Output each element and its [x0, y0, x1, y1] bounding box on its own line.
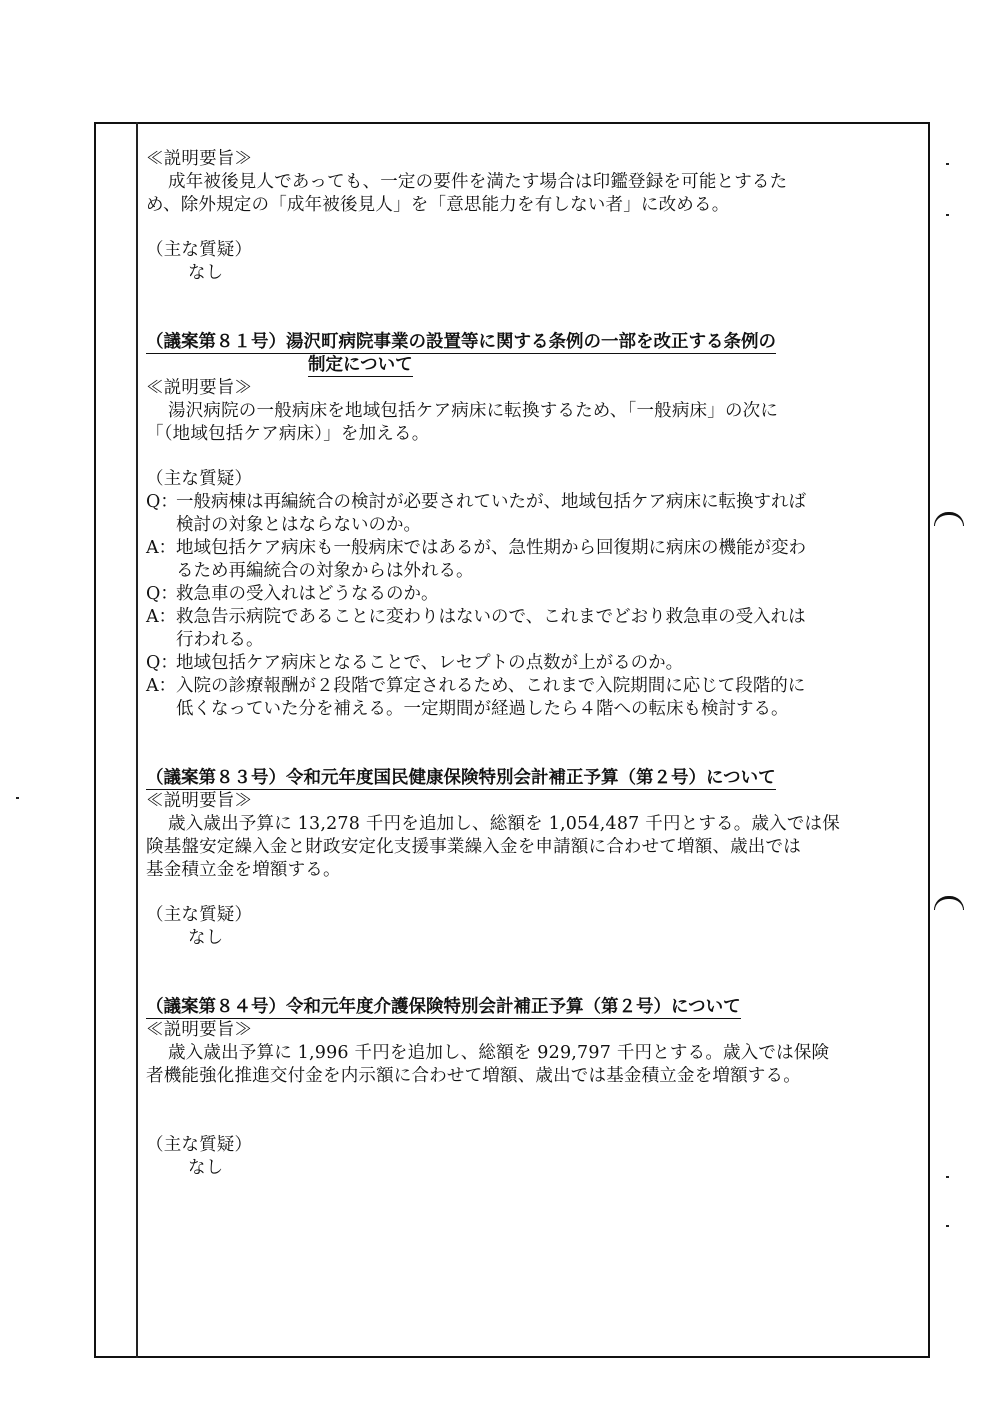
scan-speck	[16, 797, 19, 799]
scan-speck	[946, 214, 949, 216]
qa-item-answer: A： 入院の診療報酬が２段階で算定されるため、これまで入院期間に応じて段階的に低…	[146, 675, 921, 721]
explanation-label: ≪説明要旨≫	[146, 790, 921, 813]
qa-text: 入院の診療報酬が２段階で算定されるため、これまで入院期間に応じて段階的に	[176, 675, 805, 698]
qa-text: 地域包括ケア病床も一般病床ではあるが、急性期から回復期に病床の機能が変わ	[176, 537, 806, 560]
punch-hole-mark	[934, 896, 964, 910]
qa-item-question: Q： 地域包括ケア病床となることで、レセプトの点数が上がるのか。	[146, 652, 921, 675]
explanation-text: 歳入歳出予算に 13,278 千円を追加し、総額を 1,054,487 千円とす…	[146, 813, 921, 836]
qa-text: 検討の対象とはならないのか。	[176, 514, 806, 537]
qa-text: 救急車の受入れはどうなるのか。	[176, 583, 439, 606]
qa-item-answer: A： 地域包括ケア病床も一般病床ではあるが、急性期から回復期に病床の機能が変わる…	[146, 537, 921, 583]
explanation-label: ≪説明要旨≫	[146, 1019, 921, 1042]
qa-none: なし	[146, 262, 921, 285]
qa-label: （主な質疑）	[146, 1134, 921, 1157]
explanation-text: 湯沢病院の一般病床を地域包括ケア病床に転換するため、「一般病床」の次に	[146, 400, 921, 423]
explanation-text: 険基盤安定繰入金と財政安定化支援事業繰入金を申請額に合わせて増額、歳出では	[146, 836, 921, 859]
explanation-label: ≪説明要旨≫	[146, 377, 921, 400]
qa-text: 低くなっていた分を補える。一定期間が経過したら４階への転床も検討する。	[176, 698, 805, 721]
qa-tag: A：	[146, 537, 176, 583]
explanation-text: 「（地域包括ケア病床）」を加える。	[146, 423, 921, 446]
explanation-text: 成年被後見人であっても、一定の要件を満たす場合は印鑑登録を可能とするた	[146, 171, 921, 194]
explanation-text: 基金積立金を増額する。	[146, 859, 921, 882]
explanation-text: め、除外規定の「成年被後見人」を「意思能力を有しない者」に改める。	[146, 194, 921, 217]
qa-label: （主な質疑）	[146, 239, 921, 262]
qa-text: 救急告示病院であることに変わりはないので、これまでどおり救急車の受入れは	[176, 606, 806, 629]
scan-speck	[946, 163, 949, 165]
qa-tag: Q：	[146, 652, 176, 675]
qa-item-question: Q： 救急車の受入れはどうなるのか。	[146, 583, 921, 606]
qa-item-answer: A： 救急告示病院であることに変わりはないので、これまでどおり救急車の受入れは行…	[146, 606, 921, 652]
qa-item-question: Q： 一般病棟は再編統合の検討が必要されていたが、地域包括ケア病床に転換すれば検…	[146, 491, 921, 537]
qa-text: 地域包括ケア病床となることで、レセプトの点数が上がるのか。	[176, 652, 683, 675]
qa-none: なし	[146, 1157, 921, 1180]
qa-text: 行われる。	[176, 629, 806, 652]
qa-tag: A：	[146, 675, 176, 721]
section-title: （議案第８４号）令和元年度介護保険特別会計補正予算（第２号）について	[146, 997, 741, 1019]
section-title: （議案第８１号）湯沢町病院事業の設置等に関する条例の一部を改正する条例の	[146, 332, 776, 354]
section-bill-81: （議案第８１号）湯沢町病院事業の設置等に関する条例の一部を改正する条例の 制定に…	[146, 331, 921, 721]
section-title-continued: 制定について	[308, 355, 413, 377]
section-bill-84: （議案第８４号）令和元年度介護保険特別会計補正予算（第２号）について ≪説明要旨…	[146, 996, 921, 1180]
qa-tag: A：	[146, 606, 176, 652]
scan-speck	[946, 1176, 949, 1178]
document-body: ≪説明要旨≫ 成年被後見人であっても、一定の要件を満たす場合は印鑑登録を可能とす…	[146, 148, 921, 1180]
scan-speck	[946, 1225, 949, 1227]
qa-tag: Q：	[146, 491, 176, 537]
qa-label: （主な質疑）	[146, 468, 921, 491]
section-bill-80-tail: ≪説明要旨≫ 成年被後見人であっても、一定の要件を満たす場合は印鑑登録を可能とす…	[146, 148, 921, 285]
qa-none: なし	[146, 927, 921, 950]
section-title: （議案第８３号）令和元年度国民健康保険特別会計補正予算（第２号）について	[146, 768, 776, 790]
section-bill-83: （議案第８３号）令和元年度国民健康保険特別会計補正予算（第２号）について ≪説明…	[146, 767, 921, 950]
explanation-label: ≪説明要旨≫	[146, 148, 921, 171]
qa-tag: Q：	[146, 583, 176, 606]
qa-text: 一般病棟は再編統合の検討が必要されていたが、地域包括ケア病床に転換すれば	[176, 491, 806, 514]
explanation-text: 歳入歳出予算に 1,996 千円を追加し、総額を 929,797 千円とする。歳…	[146, 1042, 921, 1065]
explanation-text: 者機能強化推進交付金を内示額に合わせて増額、歳出では基金積立金を増額する。	[146, 1065, 921, 1088]
left-margin-rule	[136, 122, 138, 1358]
qa-text: るため再編統合の対象からは外れる。	[176, 560, 806, 583]
qa-label: （主な質疑）	[146, 904, 921, 927]
punch-hole-mark	[934, 512, 964, 526]
